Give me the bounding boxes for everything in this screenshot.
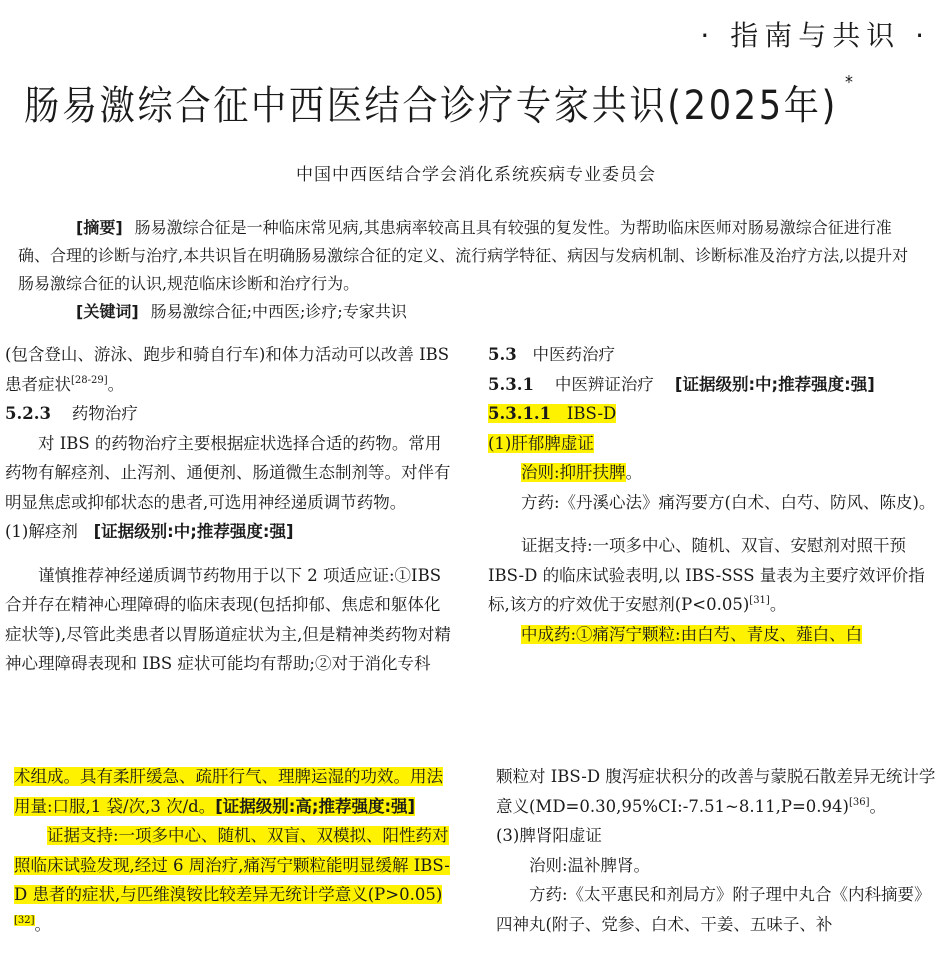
abstract: [摘要]肠易激综合征是一种临床常见病,其患病率较高且具有较强的复发性。为帮助临床… xyxy=(18,214,918,326)
abstract-text: 肠易激综合征是一种临床常见病,其患病率较高且具有较强的复发性。为帮助临床医师对肠… xyxy=(18,218,908,293)
paragraph: (包含登山、游泳、跑步和骑自行车)和体力活动可以改善 IBS 患者症状[28-2… xyxy=(5,340,455,399)
title-footnote-mark: * xyxy=(845,72,856,93)
principle-1: 治则:抑肝扶脾。 xyxy=(488,458,938,488)
right-column-lower: 颗粒对 IBS-D 腹泻症状积分的改善与蒙脱石散差异无统计学意义(MD=0.30… xyxy=(496,762,936,939)
paragraph-highlighted: 证据支持:一项多中心、随机、双盲、双模拟、阳性药对照临床试验发现,经过 6 周治… xyxy=(14,821,454,939)
principle-3: 治则:温补脾肾。 xyxy=(496,851,936,881)
keywords-text: 肠易激综合征;中西医;诊疗;专家共识 xyxy=(151,302,407,321)
citation: [32] xyxy=(14,915,35,926)
citation: [31] xyxy=(749,595,770,606)
item-antispasmodic: (1)解痉剂 [证据级别:中;推荐强度:强] xyxy=(5,517,455,547)
evidence-level: [证据级别:高;推荐强度:强] xyxy=(215,797,415,816)
left-column: (包含登山、游泳、跑步和骑自行车)和体力活动可以改善 IBS 患者症状[28-2… xyxy=(5,340,455,679)
heading-5-2-3: 5.2.3 药物治疗 xyxy=(5,399,455,429)
abstract-label: [摘要] xyxy=(76,218,123,237)
paragraph: 对 IBS 的药物治疗主要根据症状选择合适的药物。常用药物有解痉剂、止泻剂、通便… xyxy=(5,429,455,518)
evidence-level: [证据级别:中;推荐强度:强] xyxy=(675,375,875,394)
syndrome-1: (1)肝郁脾虚证 xyxy=(488,429,938,459)
paragraph: 颗粒对 IBS-D 腹泻症状积分的改善与蒙脱石散差异无统计学意义(MD=0.30… xyxy=(496,762,936,821)
patent-medicine-1: 中成药:①痛泻宁颗粒:由白芍、青皮、薤白、白 xyxy=(488,620,938,650)
evidence-level: [证据级别:中;推荐强度:强] xyxy=(94,522,294,541)
syndrome-3: (3)脾肾阳虚证 xyxy=(496,821,936,851)
evidence-1: 证据支持:一项多中心、随机、双盲、安慰剂对照干预 IBS-D 的临床试验表明,以… xyxy=(488,531,938,620)
formula-1: 方药:《丹溪心法》痛泻要方(白术、白芍、防风、陈皮)。 xyxy=(488,488,938,518)
title-text: 肠易激综合征中西医结合诊疗专家共识(2025年) xyxy=(24,83,838,129)
citation: [36] xyxy=(849,797,870,808)
right-column: 5.3 中医药治疗 5.3.1 中医辨证治疗 [证据级别:中;推荐强度:强] 5… xyxy=(488,340,938,649)
paragraph: 谨慎推荐神经递质调节药物用于以下 2 项适应证:①IBS 合并存在精神心理障碍的… xyxy=(5,561,455,679)
paragraph-highlighted: 术组成。具有柔肝缓急、疏肝行气、理脾运湿的功效。用法用量:口服,1 袋/次,3 … xyxy=(14,762,454,821)
page-title: 肠易激综合征中西医结合诊疗专家共识(2025年)* xyxy=(24,74,856,131)
formula-3: 方药:《太平惠民和剂局方》附子理中丸合《内科摘要》四神丸(附子、党参、白术、干姜… xyxy=(496,880,936,939)
heading-5-3-1: 5.3.1 中医辨证治疗 [证据级别:中;推荐强度:强] xyxy=(488,370,938,400)
heading-5-3-1-1: 5.3.1.1 IBS-D xyxy=(488,399,938,429)
keywords-label: [关键词] xyxy=(76,302,139,321)
heading-5-3: 5.3 中医药治疗 xyxy=(488,340,938,370)
authors: 中国中西医结合学会消化系统疾病专业委员会 xyxy=(0,160,952,185)
citation: [28-29] xyxy=(71,375,108,386)
section-tag: · 指南与共识 · xyxy=(700,14,930,54)
left-column-lower: 术组成。具有柔肝缓急、疏肝行气、理脾运湿的功效。用法用量:口服,1 袋/次,3 … xyxy=(14,762,454,939)
